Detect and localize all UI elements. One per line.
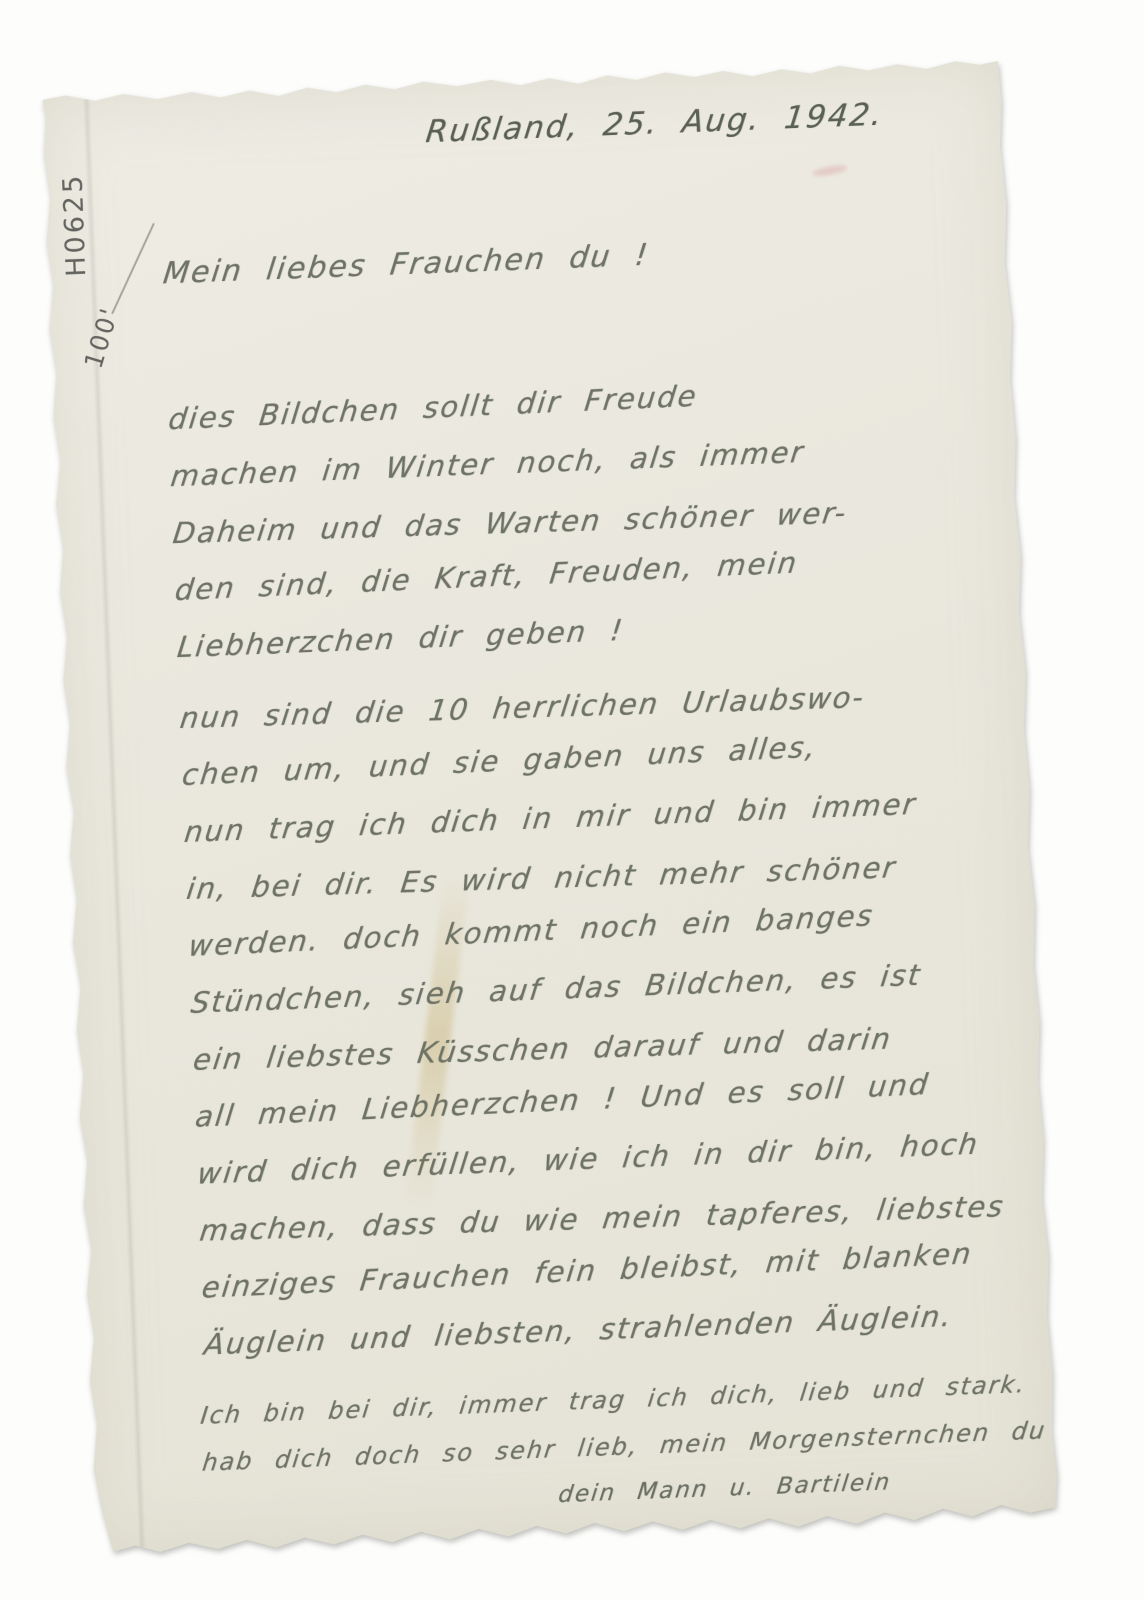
letter-body: dies Bildchen sollt dir Freude machen im… (166, 371, 1009, 1384)
letter-paper: H0625 100' Rußland, 25. Aug. 1942. Mein … (36, 58, 1059, 1556)
letter-dateline: Rußland, 25. Aug. 1942. (424, 97, 885, 151)
pink-smudge (811, 164, 848, 178)
letter-paper-wrapper: H0625 100' Rußland, 25. Aug. 1942. Mein … (36, 58, 1059, 1556)
letter-salutation: Mein liebes Frauchen du ! (161, 238, 651, 292)
margin-note-catalog-number: H0625 (55, 121, 92, 277)
letter-closing: Ich bin bei dir, immer trag ich dich, li… (199, 1368, 1080, 1496)
